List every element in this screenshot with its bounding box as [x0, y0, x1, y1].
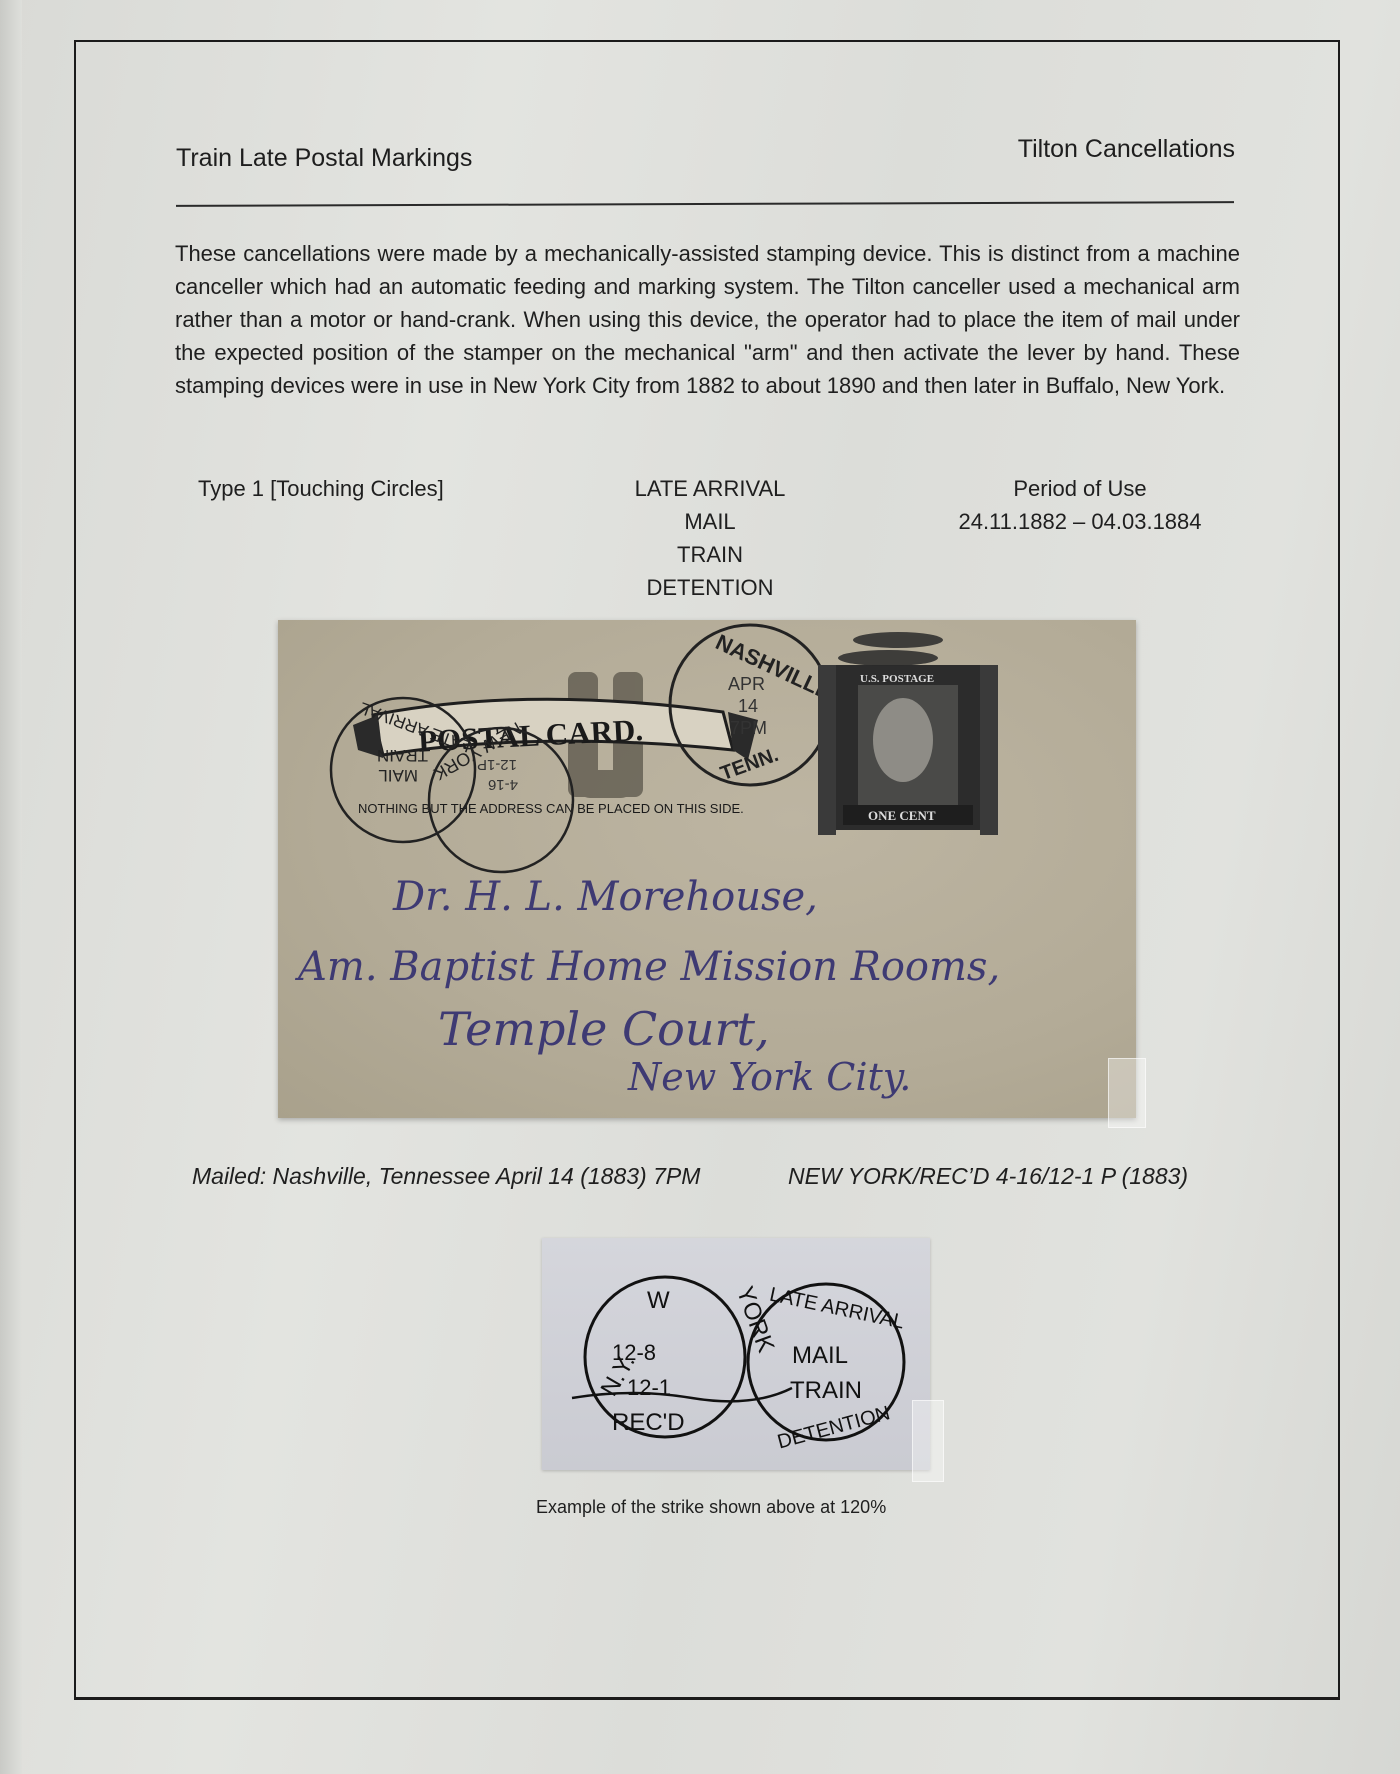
- svg-text:7PM: 7PM: [730, 718, 767, 738]
- new-york-recd-circle: N.Y. W YORK 12-8 12-1 REC'D: [585, 1277, 780, 1437]
- photo-mount-corner: [912, 1400, 944, 1482]
- period-range: 24.11.1882 – 04.03.1884: [935, 505, 1225, 538]
- svg-text:New York City.: New York City.: [627, 1055, 911, 1099]
- svg-text:4-16: 4-16: [488, 776, 518, 793]
- svg-text:APR: APR: [728, 674, 765, 694]
- svg-text:W: W: [647, 1287, 670, 1314]
- nashville-postmark: NASHVILLE APR 14 7PM TENN.: [670, 625, 835, 785]
- card-notice: NOTHING BUT THE ADDRESS CAN BE PLACED ON…: [358, 801, 744, 816]
- album-sleeve-edge: [0, 0, 22, 1774]
- one-cent-stamp-icon: U.S. POSTAGE ONE CENT: [818, 665, 998, 835]
- photo-mount-corner: [1108, 1058, 1146, 1128]
- strike-example-image: N.Y. W YORK 12-8 12-1 REC'D LATE ARRIVAL…: [542, 1238, 930, 1470]
- period-label: Period of Use: [935, 472, 1225, 505]
- svg-text:ONE CENT: ONE CENT: [868, 808, 936, 823]
- svg-text:MAIL: MAIL: [378, 766, 418, 785]
- marking-text: LATE ARRIVAL MAIL TRAIN DETENTION: [610, 472, 810, 604]
- svg-text:TRAIN: TRAIN: [790, 1377, 862, 1404]
- svg-text:DETENTION: DETENTION: [775, 1402, 892, 1453]
- handwritten-address: Dr. H. L. Morehouse, Am. Baptist Home Mi…: [294, 874, 1000, 1099]
- intro-paragraph: These cancellations were made by a mecha…: [175, 237, 1240, 402]
- section-title: Tilton Cancellations: [1018, 135, 1235, 164]
- svg-text:Am. Baptist Home Mission Rooms: Am. Baptist Home Mission Rooms,: [294, 944, 1000, 990]
- svg-text:TRAIN: TRAIN: [377, 746, 428, 765]
- marking-text-line: DETENTION: [610, 571, 810, 604]
- svg-text:12-1P: 12-1P: [477, 756, 517, 773]
- postal-card-image: POSTAL CARD. NOTHING BUT THE ADDRESS CAN…: [278, 620, 1136, 1118]
- svg-text:REC'D: REC'D: [612, 1409, 685, 1436]
- killer-bars: [838, 632, 943, 666]
- svg-text:14: 14: [738, 696, 758, 716]
- received-caption: NEW YORK/REC’D 4-16/12-1 P (1883): [788, 1163, 1188, 1190]
- svg-text:MAIL: MAIL: [792, 1342, 848, 1369]
- marking-text-line: TRAIN: [610, 538, 810, 571]
- svg-text:U.S. POSTAGE: U.S. POSTAGE: [860, 673, 934, 685]
- marking-text-line: MAIL: [610, 505, 810, 538]
- svg-text:Dr. H. L. Morehouse,: Dr. H. L. Morehouse,: [392, 874, 818, 920]
- marking-text-line: LATE ARRIVAL: [610, 472, 810, 505]
- mailed-caption: Mailed: Nashville, Tennessee April 14 (1…: [192, 1163, 700, 1190]
- period-of-use: Period of Use 24.11.1882 – 04.03.1884: [935, 472, 1225, 538]
- svg-text:12-1: 12-1: [627, 1375, 671, 1400]
- late-arrival-detention-circle: LATE ARRIVAL MAIL TRAIN DETENTION: [748, 1284, 906, 1454]
- svg-text:Temple Court,: Temple Court,: [438, 1002, 770, 1056]
- marking-type: Type 1 [Touching Circles]: [198, 472, 444, 505]
- svg-text:12-8: 12-8: [612, 1340, 656, 1365]
- svg-text:LATE ARRIVAL: LATE ARRIVAL: [768, 1284, 907, 1334]
- strike-caption: Example of the strike shown above at 120…: [536, 1497, 886, 1518]
- page-title: Train Late Postal Markings: [176, 144, 472, 173]
